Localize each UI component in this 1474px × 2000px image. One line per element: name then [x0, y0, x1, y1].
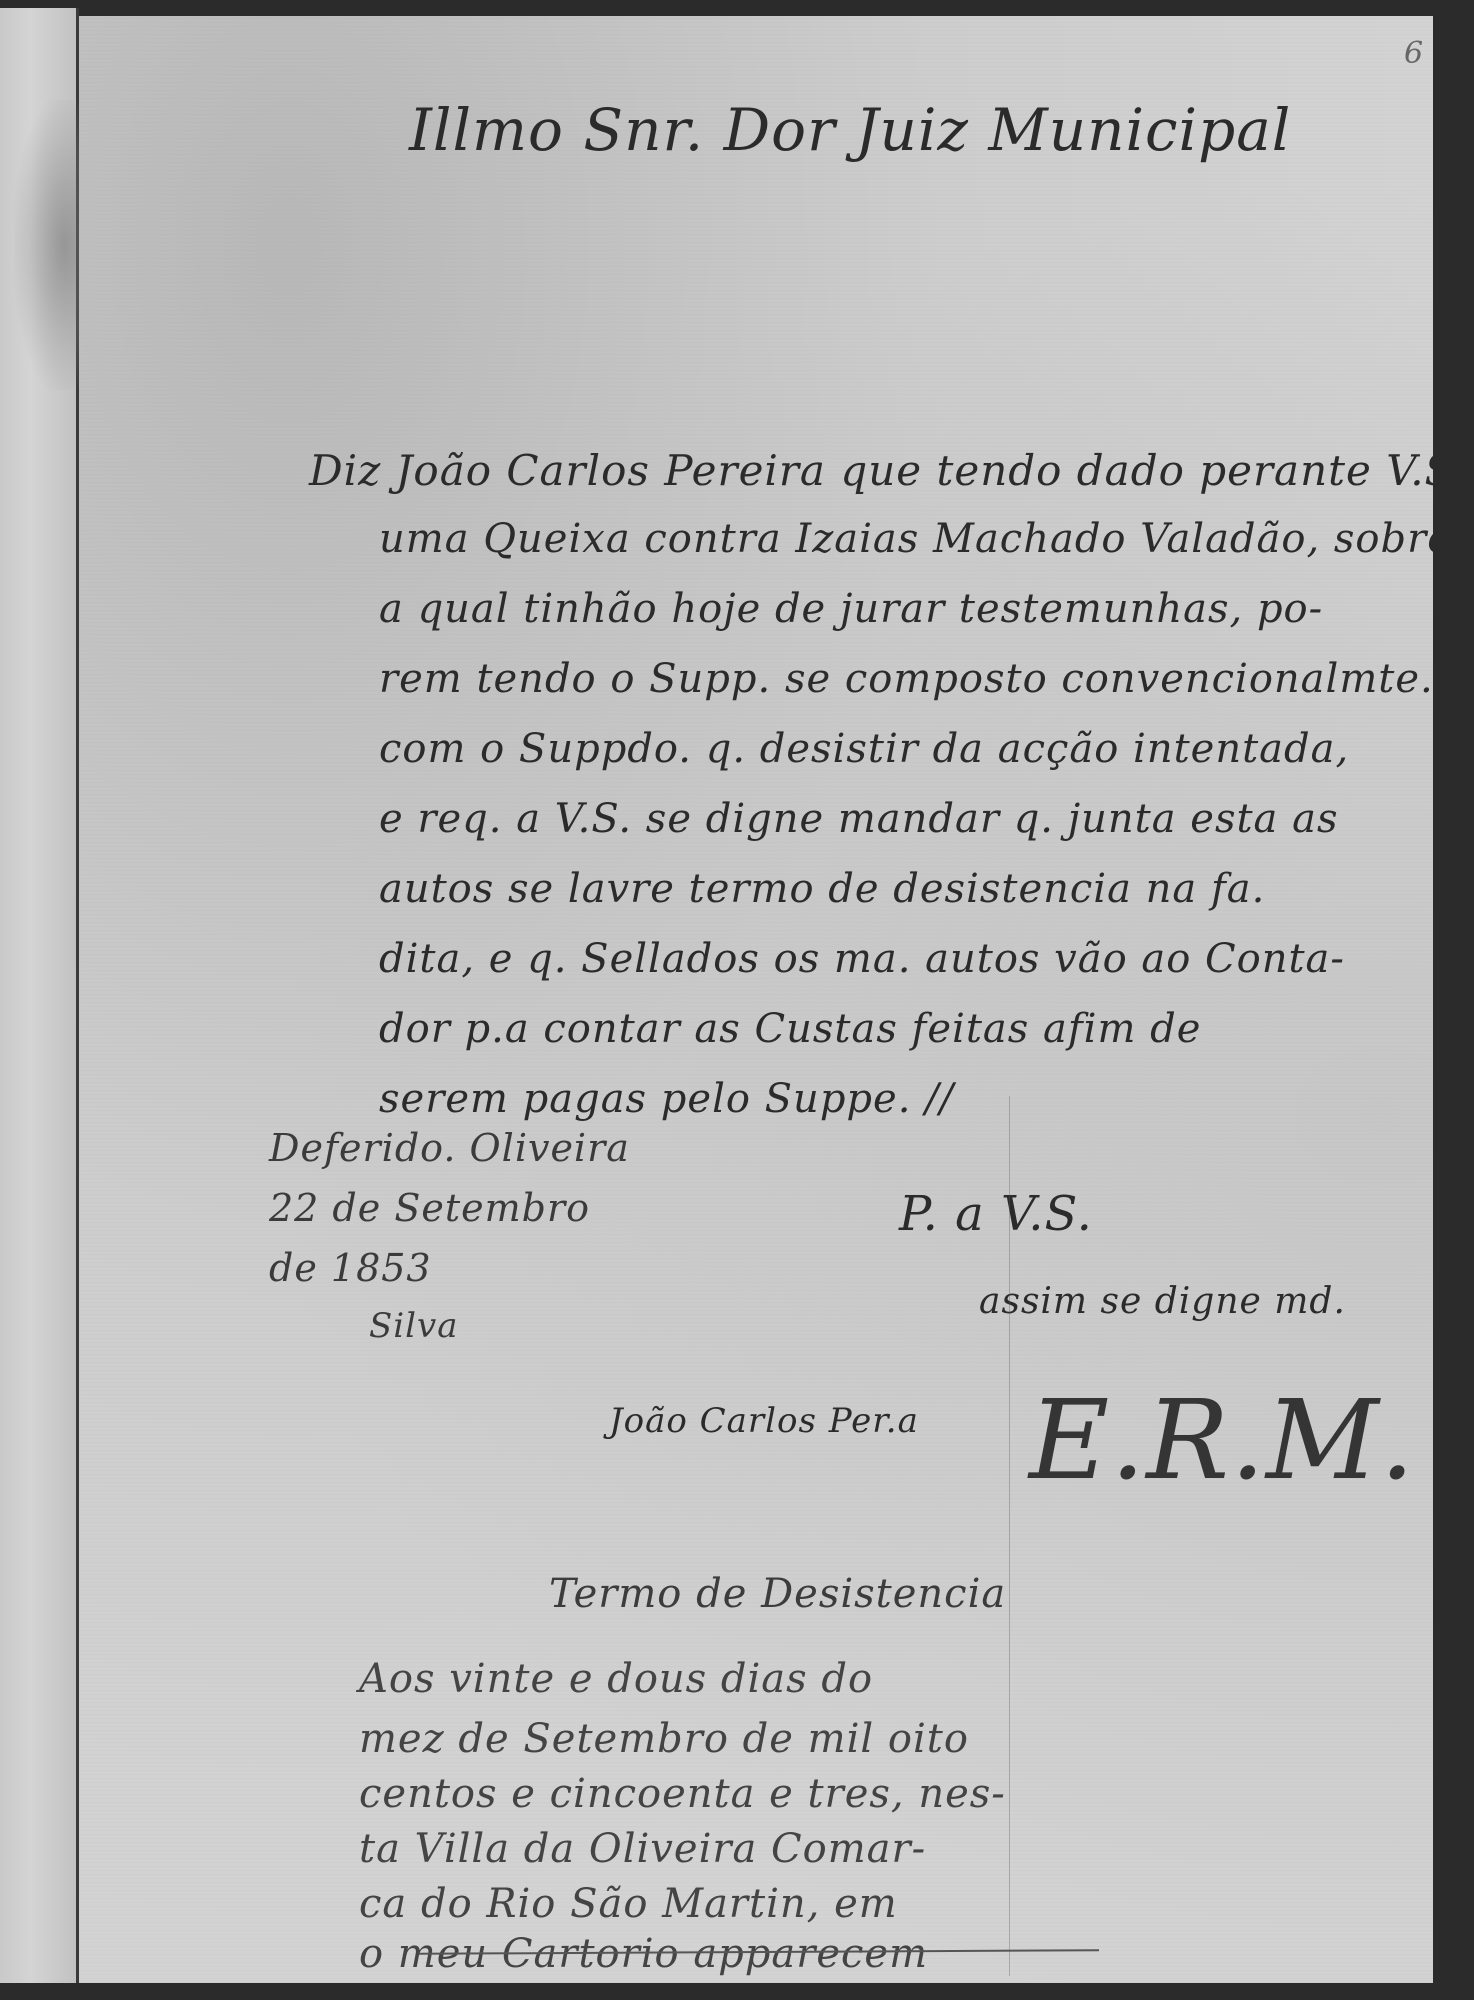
despacho-signature: Silva — [369, 1306, 459, 1346]
despacho-line: Deferido. Oliveira — [269, 1126, 630, 1170]
petition-line: autos se lavre termo de desistencia na f… — [379, 866, 1265, 912]
termo-line: ca do Rio São Martin, em — [359, 1881, 898, 1927]
petition-line: Diz João Carlos Pereira que tendo dado p… — [309, 446, 1467, 495]
folio-number: 6 — [1404, 36, 1423, 71]
margin-rule — [1009, 1096, 1010, 1976]
despacho-line: de 1853 — [269, 1246, 432, 1290]
manuscript-page: 6 Illmo Snr. Dor Juiz Municipal Diz João… — [79, 16, 1433, 1983]
petition-line: com o Suppdo. q. desistir da acção inten… — [379, 726, 1349, 772]
petition-line: dor p.a contar as Custas feitas afim de — [379, 1006, 1201, 1052]
petition-line: a qual tinhão hoje de jurar testemunhas,… — [379, 586, 1323, 632]
petition-line: dita, e q. Sellados os ma. autos vão ao … — [379, 936, 1345, 982]
petition-line: uma Queixa contra Izaias Machado Valadão… — [379, 516, 1452, 562]
termo-line: Aos vinte e dous dias do — [359, 1656, 873, 1702]
petition-line: rem tendo o Supp. se composto convencion… — [379, 656, 1434, 702]
closing-line: assim se digne md. — [979, 1281, 1346, 1322]
scanned-document: 6 Illmo Snr. Dor Juiz Municipal Diz João… — [0, 0, 1474, 2000]
despacho-line: 22 de Setembro — [269, 1186, 590, 1230]
termo-title: Termo de Desistencia — [549, 1571, 1006, 1617]
address-line: Illmo Snr. Dor Juiz Municipal — [409, 96, 1291, 164]
petition-line: serem pagas pelo Suppe. // — [379, 1076, 954, 1122]
termo-line: centos e cincoenta e tres, nes- — [359, 1771, 1006, 1817]
termo-line: mez de Setembro de mil oito — [359, 1716, 969, 1762]
monogram-signature: E.R.M. — [1029, 1376, 1416, 1504]
termo-line: ta Villa da Oliveira Comar- — [359, 1826, 926, 1872]
petition-line: e req. a V.S. se digne mandar q. junta e… — [379, 796, 1339, 842]
pede-line: P. a V.S. — [899, 1186, 1093, 1242]
petitioner-signature: João Carlos Per.a — [609, 1401, 919, 1441]
